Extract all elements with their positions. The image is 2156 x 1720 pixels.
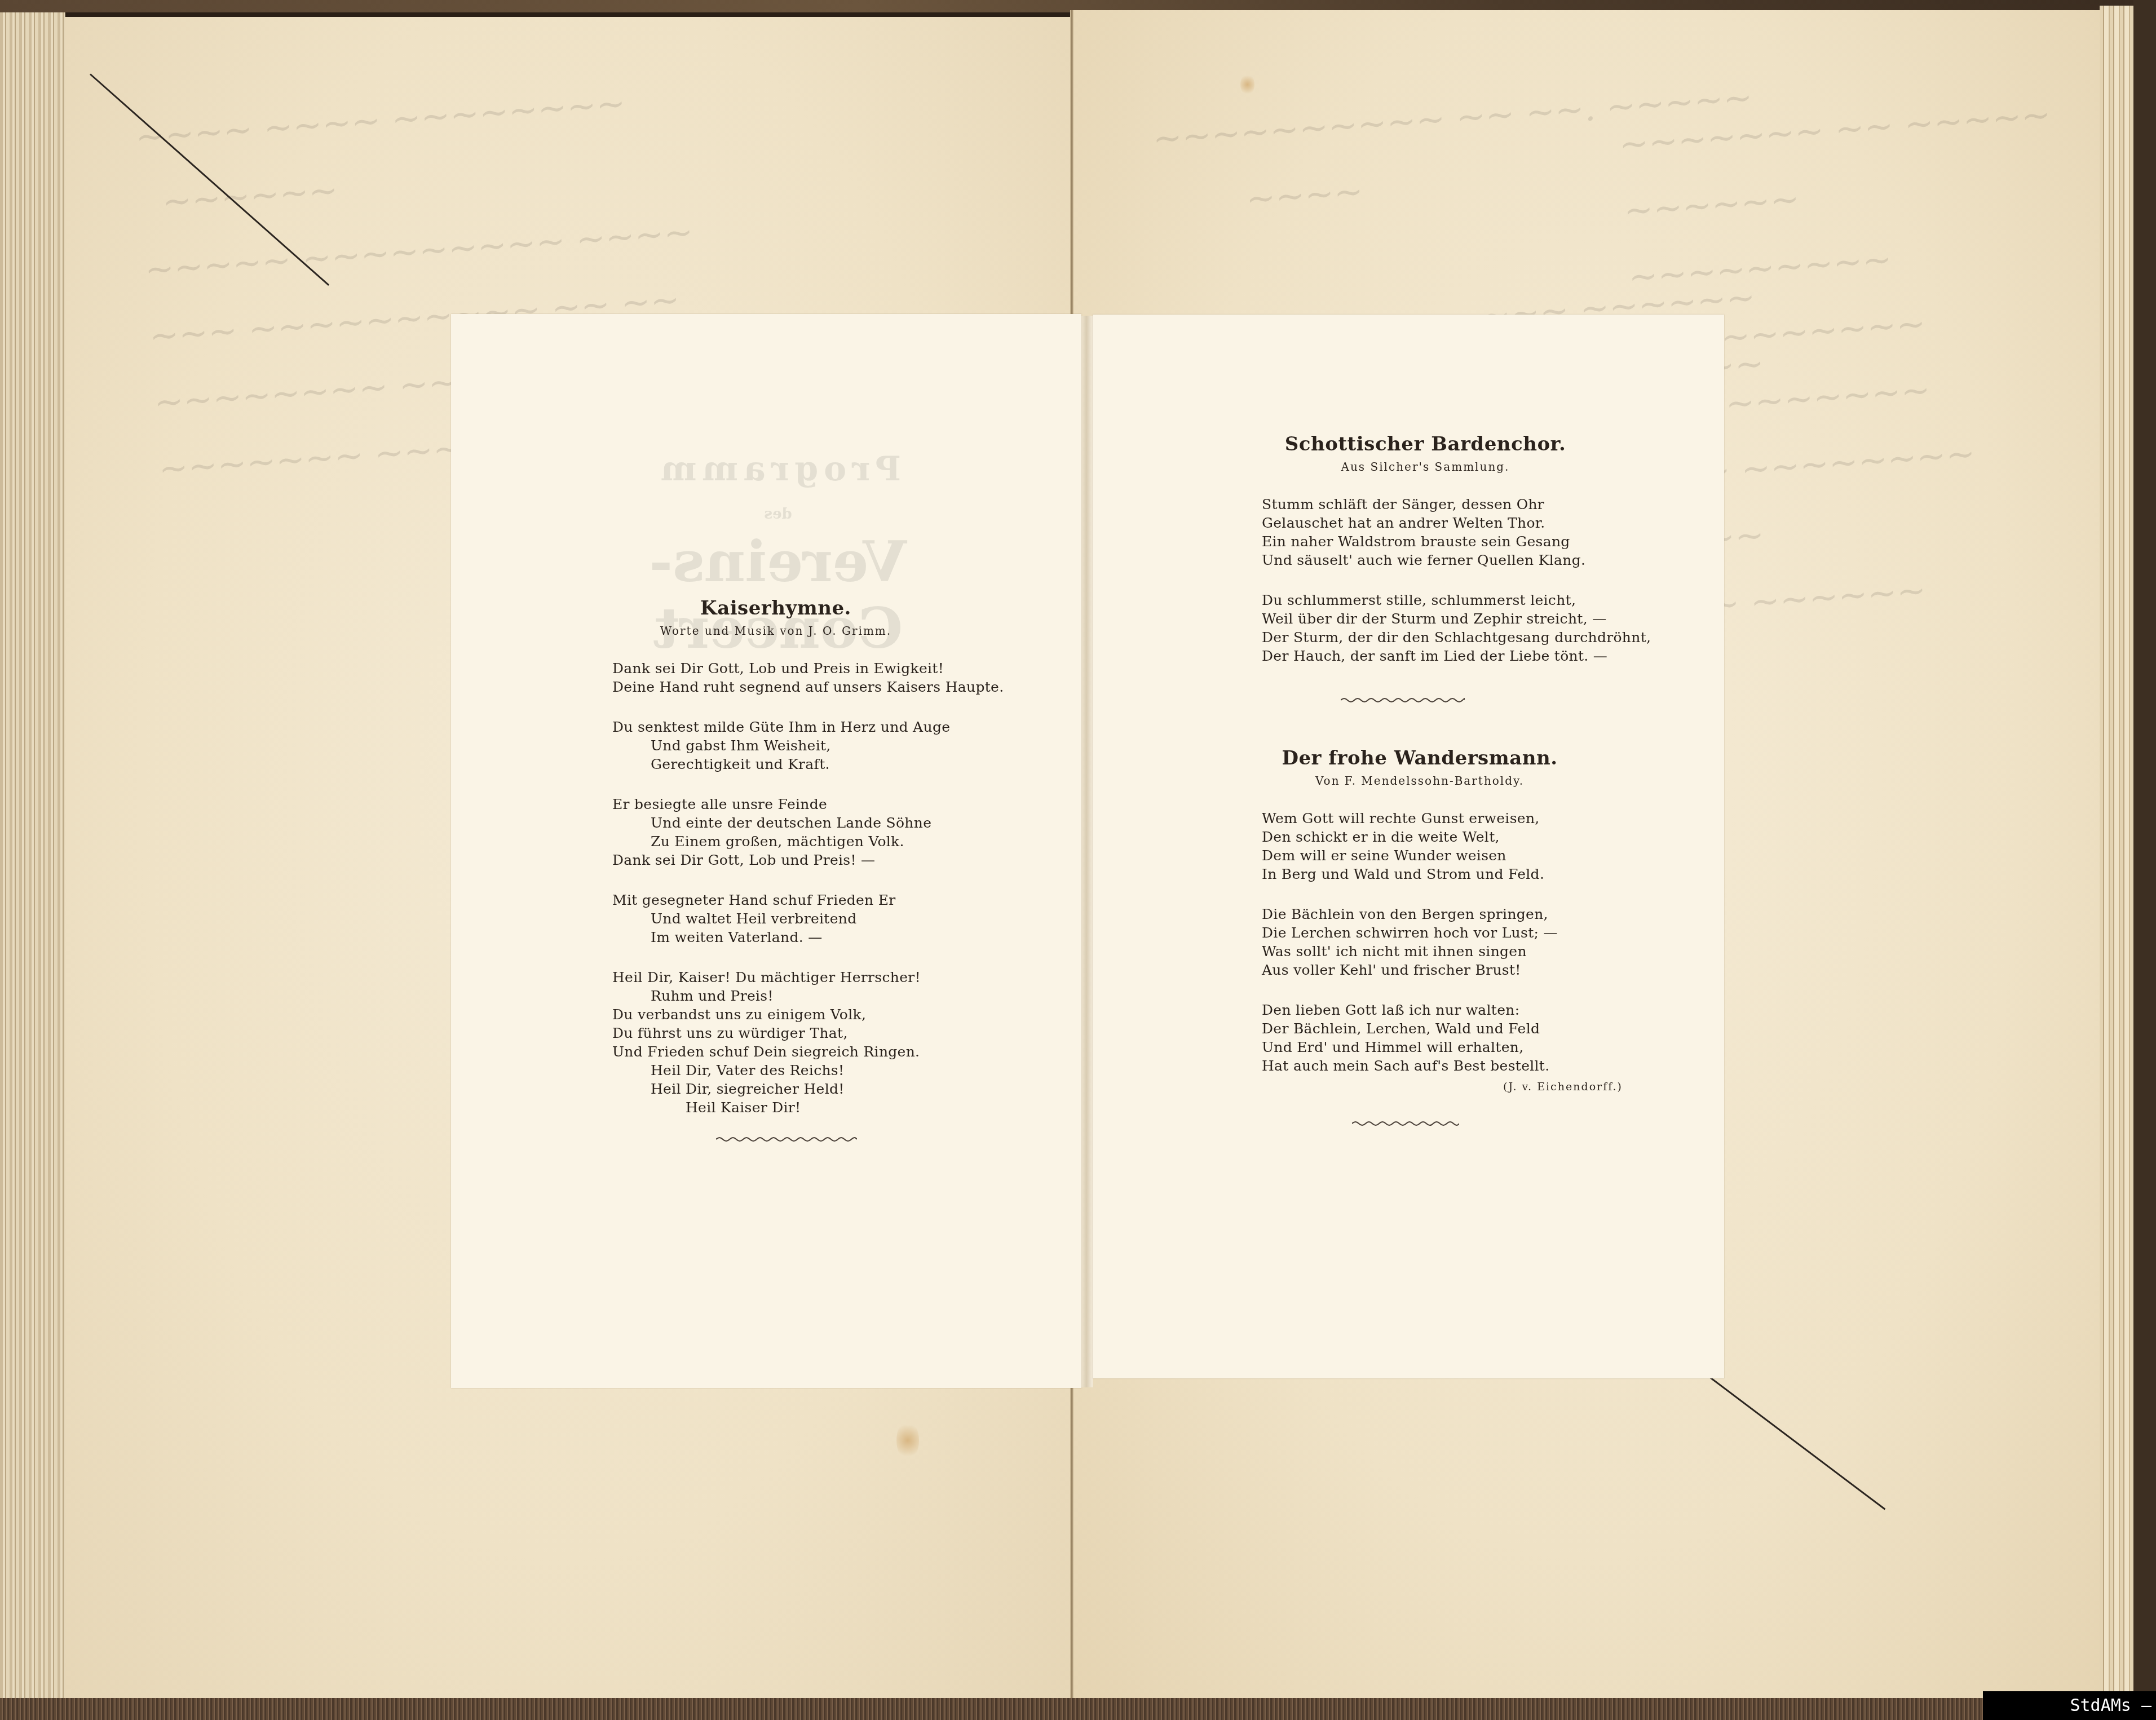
poem-line: Du führst uns zu würdiger That,: [612, 1024, 973, 1042]
poem-line: Mit gesegneter Hand schuf Frieden Er: [612, 891, 973, 909]
book-bottom-edge: [0, 1698, 2156, 1720]
poem-body: Wem Gott will rechte Gunst erweisen,Den …: [1262, 809, 1645, 1075]
poem-line: Die Bächlein von den Bergen springen,: [1262, 905, 1645, 923]
poem-line: Die Lerchen schwirren hoch vor Lust; —: [1262, 923, 1645, 942]
poem-line: Heil Dir, Kaiser! Du mächtiger Herrscher…: [612, 968, 973, 987]
poem-line: Dank sei Dir Gott, Lob und Preis in Ewig…: [612, 659, 973, 678]
poem-subtitle: Von F. Mendelssohn-Bartholdy.: [1273, 774, 1566, 788]
poem-stanza: Die Bächlein von den Bergen springen,Die…: [1262, 905, 1645, 979]
wavy-divider: [1352, 1120, 1459, 1127]
poem-line: Heil Dir, siegreicher Held!: [612, 1080, 973, 1098]
poem-line: Wem Gott will rechte Gunst erweisen,: [1262, 809, 1645, 828]
poem-stanza: Mit gesegneter Hand schuf Frieden ErUnd …: [612, 891, 973, 947]
poem-line: Was sollt' ich nicht mit ihnen singen: [1262, 942, 1645, 961]
poem-line: Er besiegte alle unsre Feinde: [612, 795, 973, 813]
poem-kaiserhymne: Kaiserhymne. Worte und Musik von J. O. G…: [612, 597, 973, 1117]
poem-line: Und waltet Heil verbreitend: [612, 909, 973, 928]
poem-body: Stumm schläft der Sänger, dessen OhrGela…: [1262, 495, 1656, 665]
wavy-divider: [716, 1135, 857, 1143]
poem-stanza: Wem Gott will rechte Gunst erweisen,Den …: [1262, 809, 1645, 883]
poem-line: Im weiten Vaterland. —: [612, 928, 973, 947]
poem-line: Der Bächlein, Lerchen, Wald und Feld: [1262, 1019, 1645, 1038]
archive-reference-label: StdAMs – MV_003_307: [1983, 1691, 2156, 1720]
poem-line: Heil Dir, Vater des Reichs!: [612, 1061, 973, 1080]
program-sheet-left: Programm des Vereins-Concert Kaiserhymne…: [451, 314, 1081, 1388]
foxing-stain: [1240, 73, 1254, 96]
poem-line: Und säuselt' auch wie ferner Quellen Kla…: [1262, 551, 1656, 569]
poem-stanza: Den lieben Gott laß ich nur walten:Der B…: [1262, 1001, 1645, 1075]
poem-title: Der frohe Wandersmann.: [1273, 747, 1566, 770]
poem-line: Du schlummerst stille, schlummerst leich…: [1262, 591, 1656, 609]
poem-line: Dank sei Dir Gott, Lob und Preis! —: [612, 851, 973, 869]
poem-line: Der Hauch, der sanft im Lied der Liebe t…: [1262, 647, 1656, 665]
poem-stanza: Heil Dir, Kaiser! Du mächtiger Herrscher…: [612, 968, 973, 1117]
poem-credit: (J. v. Eichendorff.): [1262, 1081, 1623, 1093]
poem-stanza: Er besiegte alle unsre FeindeUnd einte d…: [612, 795, 973, 869]
left-page-edges: [0, 12, 65, 1698]
poem-subtitle: Aus Silcher's Sammlung.: [1284, 460, 1566, 474]
poem-line: Hat auch mein Sach auf's Best bestellt.: [1262, 1056, 1645, 1075]
poem-line: Weil über dir der Sturm und Zephir strei…: [1262, 609, 1656, 628]
poem-line: Den lieben Gott laß ich nur walten:: [1262, 1001, 1645, 1019]
poem-stanza: Du senktest milde Güte Ihm in Herz und A…: [612, 718, 973, 773]
poem-line: Du verbandst uns zu einigem Volk,: [612, 1005, 973, 1024]
poem-line: Und einte der deutschen Lande Söhne: [612, 813, 973, 832]
poem-title: Schottischer Bardenchor.: [1284, 433, 1566, 456]
poem-subtitle: Worte und Musik von J. O. Grimm.: [612, 624, 939, 638]
poem-line: Du senktest milde Güte Ihm in Herz und A…: [612, 718, 973, 736]
poem-line: Gelauschet hat an andrer Welten Thor.: [1262, 514, 1656, 532]
poem-line: Deine Hand ruht segnend auf unsers Kaise…: [612, 678, 973, 696]
poem-title: Kaiserhymne.: [612, 597, 939, 620]
poem-line: Und Erd' und Himmel will erhalten,: [1262, 1038, 1645, 1056]
poem-line: Stumm schläft der Sänger, dessen Ohr: [1262, 495, 1656, 514]
poem-der-frohe-wandersmann: Der frohe Wandersmann. Von F. Mendelssoh…: [1262, 747, 1645, 1093]
poem-stanza: Du schlummerst stille, schlummerst leich…: [1262, 591, 1656, 665]
program-sheet-right: Schottischer Bardenchor. Aus Silcher's S…: [1093, 315, 1724, 1378]
poem-line: Der Sturm, der dir den Schlachtgesang du…: [1262, 628, 1656, 647]
wavy-divider: [1341, 696, 1465, 704]
poem-line: Ein naher Waldstrom brauste sein Gesang: [1262, 532, 1656, 551]
poem-line: Zu Einem großen, mächtigen Volk.: [612, 832, 973, 851]
foxing-stain: [896, 1421, 919, 1460]
poem-line: Heil Kaiser Dir!: [612, 1098, 973, 1117]
poem-line: Ruhm und Preis!: [612, 987, 973, 1005]
ghost-print-line: des: [553, 506, 1004, 523]
poem-line: Gerechtigkeit und Kraft.: [612, 755, 973, 773]
poem-stanza: Dank sei Dir Gott, Lob und Preis in Ewig…: [612, 659, 973, 696]
poem-line: Aus voller Kehl' und frischer Brust!: [1262, 961, 1645, 979]
ghost-print-line: Programm: [553, 449, 1004, 489]
poem-line: Den schickt er in die weite Welt,: [1262, 828, 1645, 846]
right-page-edges: [2100, 6, 2133, 1703]
book-cover-right: [2133, 0, 2156, 1720]
poem-schottischer-bardenchor: Schottischer Bardenchor. Aus Silcher's S…: [1262, 433, 1656, 665]
poem-stanza: Stumm schläft der Sänger, dessen OhrGela…: [1262, 495, 1656, 569]
poem-line: Und Frieden schuf Dein siegreich Ringen.: [612, 1042, 973, 1061]
insert-fold: [1081, 316, 1093, 1387]
poem-line: Und gabst Ihm Weisheit,: [612, 736, 973, 755]
poem-body: Dank sei Dir Gott, Lob und Preis in Ewig…: [612, 659, 973, 1117]
poem-line: In Berg und Wald und Strom und Feld.: [1262, 865, 1645, 883]
poem-line: Dem will er seine Wunder weisen: [1262, 846, 1645, 865]
